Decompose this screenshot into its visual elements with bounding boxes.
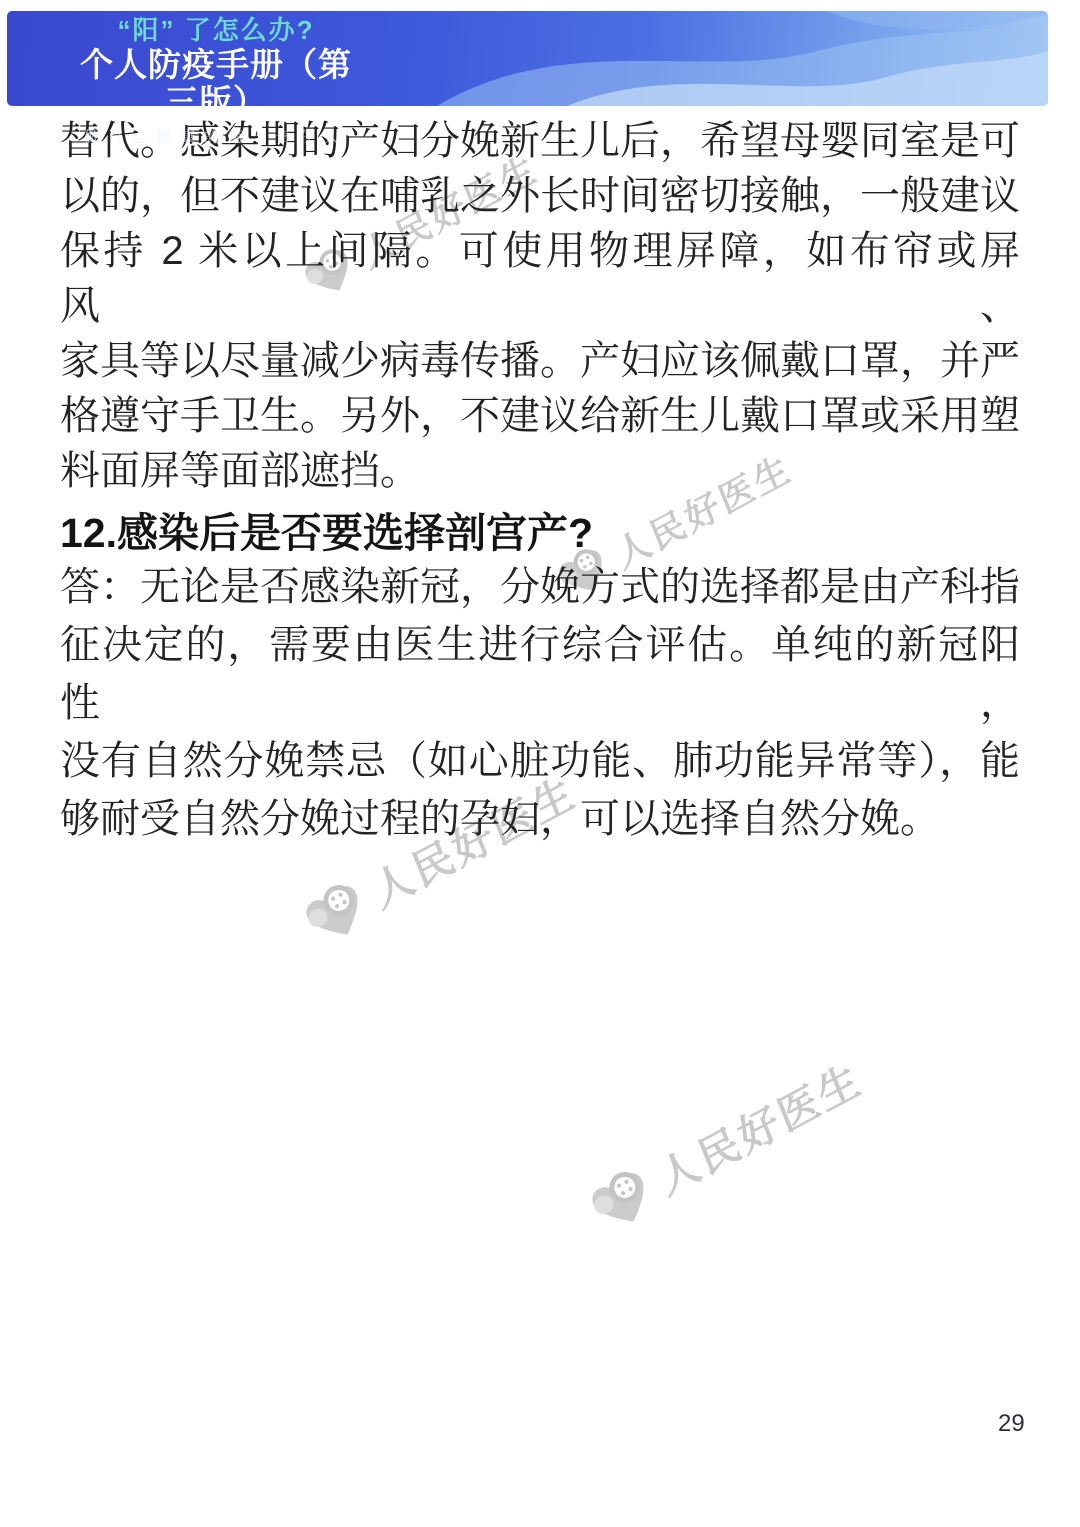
text-line: 没有自然分娩禁忌（如心脏功能、肺功能异常等），能 bbox=[60, 732, 1020, 790]
question-12-heading: 12.感染后是否要选择剖宫产? bbox=[60, 504, 1020, 562]
text-line: 家具等以尽量减少病毒传播。产妇应该佩戴口罩，并严 bbox=[60, 334, 1020, 389]
banner-subtitle: 做自己健康的第一责任人 bbox=[71, 126, 361, 147]
watermark-text: 人民好医生 bbox=[649, 1046, 870, 1208]
heart-button-logo-icon bbox=[289, 866, 384, 961]
banner-tagline: “阳” 了怎么办? bbox=[71, 15, 361, 45]
text-line: 料面屏等面部遮挡。 bbox=[60, 444, 1020, 499]
paragraph-continuation: 替代。感染期的产妇分娩新生儿后，希望母婴同室是可以的，但不建议在哺乳之外长时间密… bbox=[60, 114, 1020, 499]
watermark: 人民好医生 bbox=[575, 1043, 875, 1247]
text-line: 格遵守手卫生。另外，不建议给新生儿戴口罩或采用塑 bbox=[60, 389, 1020, 444]
header-banner: “阳” 了怎么办? 个人防疫手册（第三版） 做自己健康的第一责任人 bbox=[7, 11, 1048, 106]
heart-button-logo-icon bbox=[575, 1153, 670, 1248]
banner-text-block: “阳” 了怎么办? 个人防疫手册（第三版） 做自己健康的第一责任人 bbox=[71, 15, 361, 147]
handbook-page: “阳” 了怎么办? 个人防疫手册（第三版） 做自己健康的第一责任人 人民好医生 … bbox=[0, 0, 1080, 1527]
banner-title: 个人防疫手册（第三版） bbox=[71, 46, 361, 120]
text-line: 征决定的，需要由医生进行综合评估。单纯的新冠阳性， bbox=[60, 616, 1020, 732]
text-line: 保持 2 米以上间隔。可使用物理屏障，如布帘或屏风、 bbox=[60, 224, 1020, 334]
answer-paragraph: 答：无论是否感染新冠，分娩方式的选择都是由产科指征决定的，需要由医生进行综合评估… bbox=[60, 558, 1020, 848]
text-line: 以的，但不建议在哺乳之外长时间密切接触，一般建议 bbox=[60, 169, 1020, 224]
page-number: 29 bbox=[998, 1410, 1025, 1438]
text-line: 答：无论是否感染新冠，分娩方式的选择都是由产科指 bbox=[60, 558, 1020, 616]
text-line: 够耐受自然分娩过程的孕妇，可以选择自然分娩。 bbox=[60, 790, 1020, 848]
